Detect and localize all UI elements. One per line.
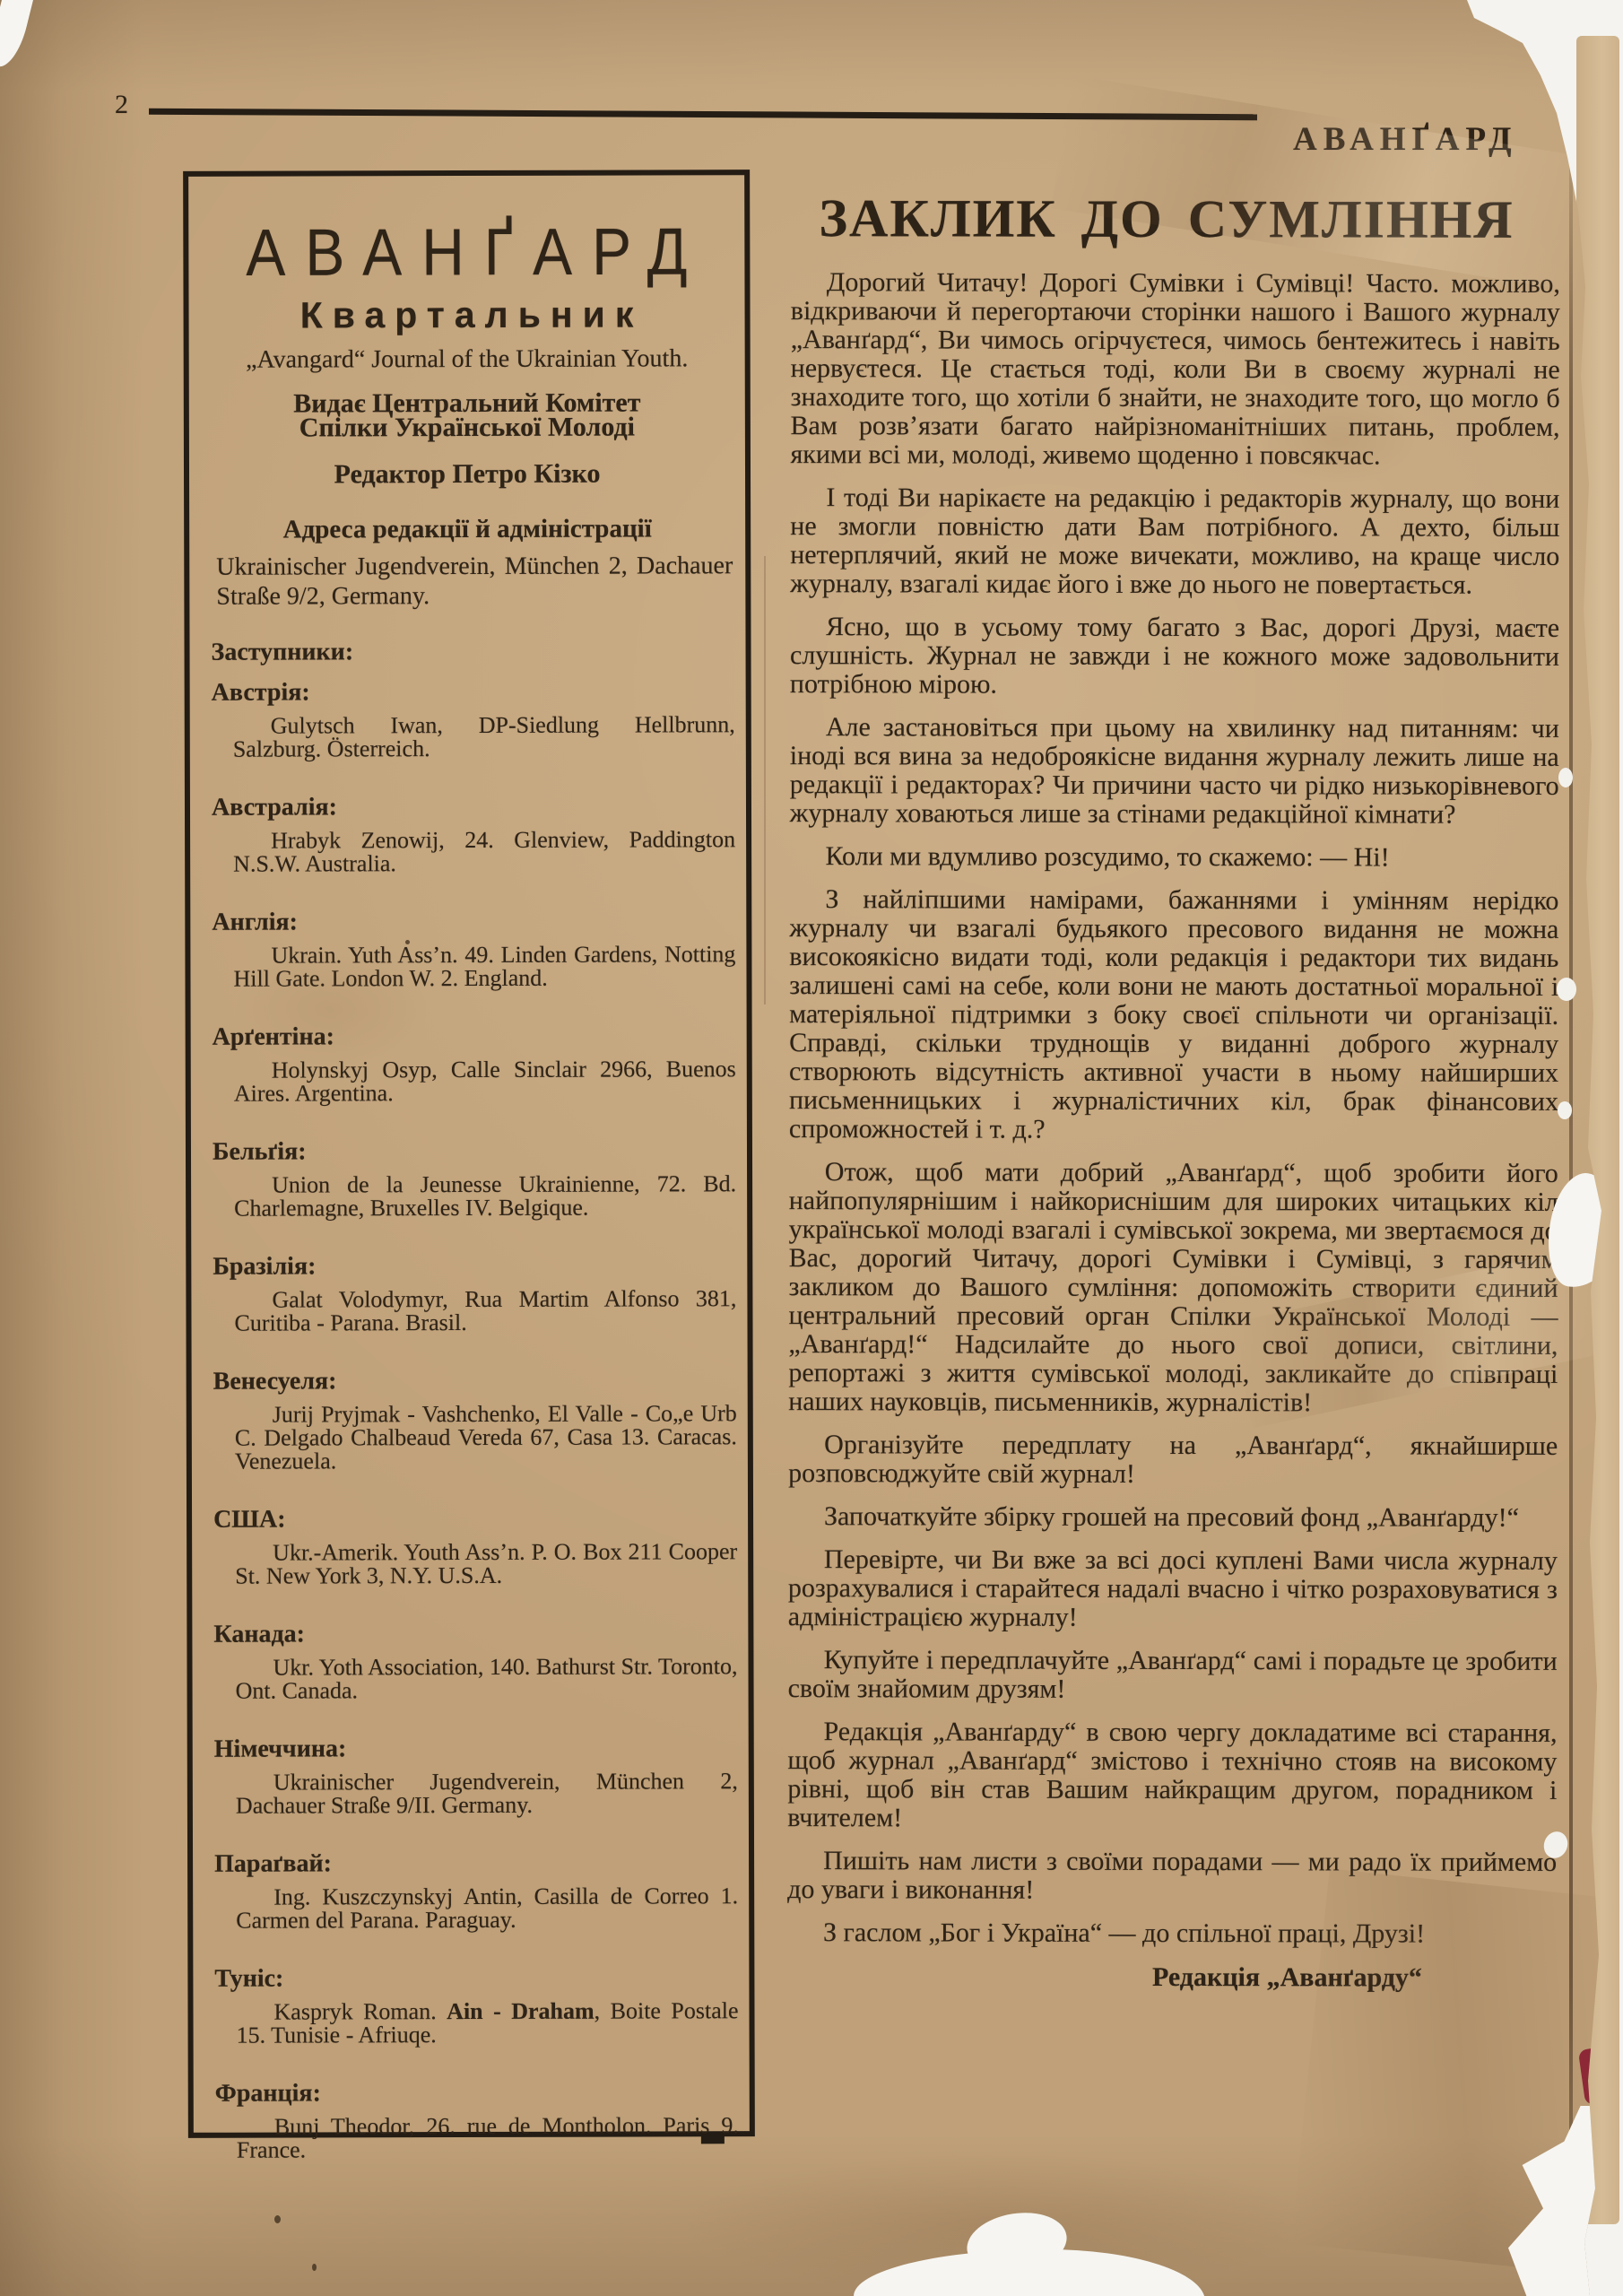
- ink-speck: [405, 940, 410, 944]
- representative-address: Union de la Jeunesse Ukrainienne, 72. Bd…: [213, 1172, 736, 1221]
- article-paragraph: Але застановіться при цьому на хвилинку …: [790, 713, 1559, 830]
- masthead-subtitle-english: „Avangard“ Journal of the Ukrainian Yout…: [189, 344, 745, 375]
- white-speck: [1558, 1101, 1572, 1119]
- country-heading: Франція:: [215, 2083, 741, 2104]
- article-paragraph: Ясно, що в усьому тому багато з Вас, дор…: [790, 613, 1559, 700]
- representative-address: Gulytsch Iwan, DP-Siedlung Hellbrunn, Sa…: [212, 713, 735, 761]
- paper-tear: [0, 0, 34, 71]
- article-paragraph: Дорогий Читачу! Дорогі Сумівки і Сумівці…: [790, 268, 1559, 471]
- country-heading: Параґвай:: [214, 1853, 740, 1874]
- country-heading: Німеччина:: [214, 1738, 740, 1760]
- paper-stain: [233, 951, 430, 1067]
- country-heading: Канада:: [213, 1623, 739, 1645]
- representative-address: Ing. Kuszczynskyj Antin, Casilla de Corr…: [214, 1884, 738, 1933]
- article-paragraph: З найліпшими намірами, бажаннями і умінн…: [789, 885, 1559, 1145]
- country-heading: США:: [213, 1509, 739, 1530]
- paper-sheet: 2 АВАНҐАРД АВАНҐАРД Квартальник „Avangar…: [0, 0, 1623, 2296]
- representative-address: Ukr. Yoth Association, 140. Bathurst Str…: [213, 1655, 737, 1703]
- country-heading: Туніс:: [214, 1968, 740, 1989]
- masthead-box: АВАНҐАРД Квартальник „Avangard“ Journal …: [183, 170, 755, 2138]
- representative-address: Holynskyj Osyp, Calle Sinclair 2966, Bue…: [213, 1057, 736, 1106]
- representative-address: Bunj Theodor, 26. rue de Montholon. Pari…: [215, 2114, 739, 2162]
- ink-speck: [274, 2215, 281, 2223]
- white-speck: [1557, 978, 1576, 1001]
- representatives-list: Австрія:Gulytsch Iwan, DP-Siedlung Hellb…: [212, 682, 741, 2162]
- representative-entry: Туніс:Kaspryk Roman. Ain - Draham, Boite…: [214, 1968, 740, 2048]
- article-paragraph: Редакція „Аванґарду“ в свою чергу доклад…: [787, 1718, 1557, 1834]
- representative-entry: Франція:Bunj Theodor, 26. rue de Monthol…: [215, 2083, 741, 2162]
- article-column: ЗАКЛИК ДО СУМЛІННЯ Дорогий Читачу! Дорог…: [787, 189, 1560, 1994]
- representative-entry: Канада:Ukr. Yoth Association, 140. Bathu…: [213, 1623, 739, 1703]
- publisher-line-2: Спілки Української Молоді: [189, 414, 745, 440]
- country-heading: Австрія:: [212, 682, 737, 703]
- article-paragraphs: Дорогий Читачу! Дорогі Сумівки і Сумівці…: [787, 268, 1560, 1949]
- box-corner-nub: [701, 2135, 725, 2144]
- representative-entry: Австрія:Gulytsch Iwan, DP-Siedlung Hellb…: [212, 682, 737, 761]
- representative-address: Galat Volodymyr, Rua Martim Alfonso 381,…: [213, 1287, 736, 1335]
- editorial-address: Ukrainischer Jugendverein, München 2, Da…: [216, 551, 733, 612]
- address-heading: Адреса редакції й адміністрації: [189, 514, 745, 545]
- representative-entry: Австралія:Hrabyk Zenowij, 24. Glenview, …: [212, 796, 737, 876]
- masthead-subtitle: Квартальник: [188, 293, 744, 337]
- representative-entry: США:Ukr.-Amerik. Youth Ass’n. P. O. Box …: [213, 1509, 739, 1588]
- ink-speck: [312, 2264, 317, 2271]
- article-paragraph: Започаткуйте збірку грошей на пресовий ф…: [788, 1502, 1558, 1533]
- representative-entry: Параґвай:Ing. Kuszczynskyj Antin, Casill…: [214, 1853, 740, 1933]
- paper-stain: [1255, 395, 1417, 484]
- representative-entry: Венесуеля:Jurij Pryjmak - Vashchenko, El…: [213, 1370, 739, 1474]
- country-heading: Англія:: [212, 911, 737, 933]
- country-heading: Бельґія:: [213, 1141, 738, 1162]
- page-number: 2: [115, 90, 128, 120]
- editor-line: Редактор Петро Кізко: [189, 458, 745, 491]
- article-paragraph: Організуйте передплату на „Аванґард“, як…: [788, 1431, 1558, 1490]
- representative-address: Ukrainischer Jugendverein, München 2, Da…: [214, 1770, 738, 1818]
- deputies-heading: Заступники:: [211, 637, 745, 667]
- representative-address: Ukr.-Amerik. Youth Ass’n. P. O. Box 211 …: [213, 1540, 737, 1588]
- masthead-title: АВАНҐАРД: [188, 213, 744, 291]
- article-paragraph: Купуйте і передплачуйте „Аванґард“ самі …: [788, 1646, 1558, 1705]
- country-heading: Австралія:: [212, 796, 737, 818]
- representative-address: Hrabyk Zenowij, 24. Glenview, Paddington…: [212, 828, 735, 876]
- white-speck: [1558, 768, 1573, 787]
- article-paragraph: Коли ми вдумливо розсудимо, то скажемо: …: [790, 842, 1559, 873]
- representative-entry: Бельґія:Union de la Jeunesse Ukrainienne…: [213, 1141, 738, 1221]
- column-crease-line: [764, 556, 766, 1004]
- article-paragraph: Перевірте, чи Ви вже за всі досі куплені…: [788, 1545, 1558, 1633]
- country-heading: Венесуеля:: [213, 1370, 739, 1392]
- representative-entry: Бразілія:Galat Volodymyr, Rua Martim Alf…: [213, 1256, 738, 1335]
- country-heading: Бразілія:: [213, 1256, 738, 1277]
- representative-address: Jurij Pryjmak - Vashchenko, El Valle - C…: [213, 1402, 737, 1474]
- representative-address: Kaspryk Roman. Ain - Draham, Boite Posta…: [214, 1999, 738, 2048]
- article-paragraph: І тоді Ви нарікаєте на редакцію і редакт…: [790, 483, 1559, 600]
- representative-entry: Німеччина:Ukrainischer Jugendverein, Mün…: [214, 1738, 740, 1818]
